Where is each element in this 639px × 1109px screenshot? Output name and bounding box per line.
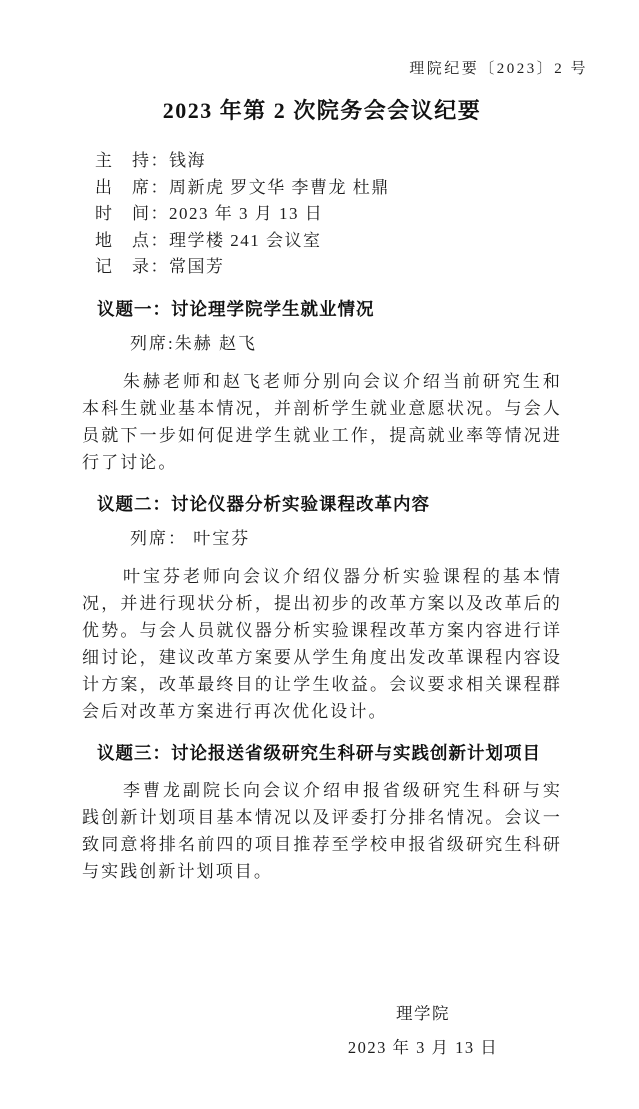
- section-body: 李曹龙副院长向会议介绍申报省级研究生科研与实践创新计划项目基本情况以及评委打分排…: [82, 777, 562, 885]
- meta-value: 常国芳: [169, 257, 225, 276]
- meta-label: 出 席：: [95, 178, 169, 197]
- signature-org: 理学院: [323, 997, 523, 1031]
- meta-label: 主 持：: [95, 151, 169, 170]
- meta-block: 主 持：钱海 出 席：周新虎 罗文华 李曹龙 杜鼎 时 间：2023 年 3 月…: [95, 148, 562, 281]
- meta-label: 记 录：: [95, 257, 169, 276]
- section-attendees: 列席:朱赫 赵飞: [82, 331, 562, 357]
- section-topic-2: 议题二：讨论仪器分析实验课程改革内容 列席： 叶宝芬 叶宝芬老师向会议介绍仪器分…: [82, 491, 562, 725]
- page-title: 2023 年第 2 次院务会会议纪要: [82, 95, 562, 127]
- doc-number: 理院纪要〔2023〕2 号: [82, 60, 588, 78]
- section-topic-1: 议题一：讨论理学院学生就业情况 列席:朱赫 赵飞 朱赫老师和赵飞老师分别向会议介…: [82, 296, 562, 476]
- section-body: 朱赫老师和赵飞老师分别向会议介绍当前研究生和本科生就业基本情况，并剖析学生就业意…: [82, 368, 562, 476]
- meta-row-attendees: 出 席：周新虎 罗文华 李曹龙 杜鼎: [95, 175, 562, 202]
- signature-date: 2023 年 3 月 13 日: [323, 1031, 523, 1065]
- meta-value: 2023 年 3 月 13 日: [169, 204, 323, 223]
- meta-row-location: 地 点：理学楼 241 会议室: [95, 228, 562, 255]
- section-topic-3: 议题三：讨论报送省级研究生科研与实践创新计划项目 李曹龙副院长向会议介绍申报省级…: [82, 740, 562, 885]
- section-heading: 议题二：讨论仪器分析实验课程改革内容: [97, 491, 562, 517]
- meta-row-recorder: 记 录：常国芳: [95, 254, 562, 281]
- signature-block: 理学院 2023 年 3 月 13 日: [323, 997, 523, 1065]
- section-heading: 议题三：讨论报送省级研究生科研与实践创新计划项目: [97, 740, 562, 766]
- meta-label: 地 点：: [95, 231, 169, 250]
- meta-value: 理学楼 241 会议室: [169, 231, 322, 250]
- meta-label: 时 间：: [95, 204, 169, 223]
- section-heading: 议题一：讨论理学院学生就业情况: [97, 296, 562, 322]
- document-page: 理院纪要〔2023〕2 号 2023 年第 2 次院务会会议纪要 主 持：钱海 …: [0, 0, 639, 1109]
- section-body: 叶宝芬老师向会议介绍仪器分析实验课程的基本情况，并进行现状分析，提出初步的改革方…: [82, 563, 562, 725]
- meta-row-time: 时 间：2023 年 3 月 13 日: [95, 201, 562, 228]
- meta-value: 周新虎 罗文华 李曹龙 杜鼎: [169, 178, 390, 197]
- meta-value: 钱海: [169, 151, 206, 170]
- meta-row-host: 主 持：钱海: [95, 148, 562, 175]
- section-attendees: 列席： 叶宝芬: [82, 526, 562, 552]
